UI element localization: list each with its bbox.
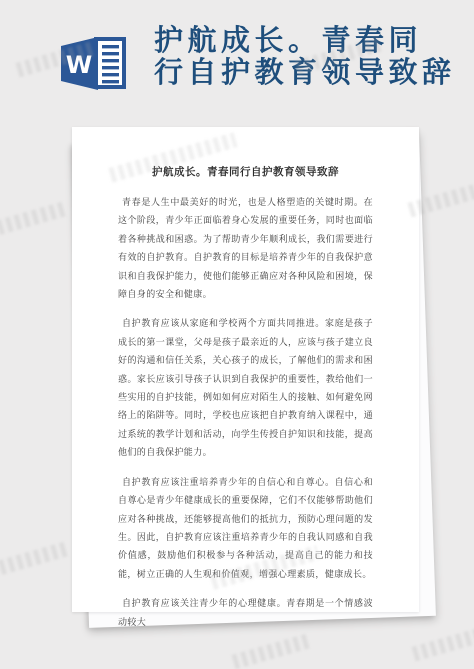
word-doc-icon: W	[57, 33, 130, 94]
word-icon-letter: W	[66, 51, 92, 79]
header-title-line2: 行自护教育领导致辞	[154, 58, 466, 90]
document-page: 护航成长。青春同行自护教育领导致辞 青春是人生中最美好的时光，也是人格塑造的关键…	[72, 127, 419, 612]
document-body: 青春是人生中最美好的时光，也是人格塑造的关键时期。在这个阶段，青少年正面临着身心…	[118, 194, 373, 632]
document-title: 护航成长。青春同行自护教育领导致辞	[118, 164, 373, 179]
header-title-line1: 护航成长。青春同	[154, 26, 466, 58]
paragraph: 青春是人生中最美好的时光，也是人格塑造的关键时期。在这个阶段，青少年正面临着身心…	[118, 194, 373, 304]
paragraph: 自护教育应该关注青少年的心理健康。青春期是一个情感波动较大	[118, 595, 373, 632]
paragraph: 自护教育应该从家庭和学校两个方面共同推进。家庭是孩子成长的第一课堂，父母是孩子最…	[118, 315, 373, 462]
header: W 护航成长。青春同 行自护教育领导致辞	[0, 0, 474, 118]
page-header-title: 护航成长。青春同 行自护教育领导致辞	[154, 26, 466, 89]
paragraph: 自护教育应该注重培养青少年的自信心和自尊心。自信心和自尊心是青少年健康成长的重要…	[118, 474, 373, 584]
app-background: 护航成长。青春同行自护教育领导致辞 青春是人生中最美好的时光，也是人格塑造的关键…	[0, 0, 474, 669]
